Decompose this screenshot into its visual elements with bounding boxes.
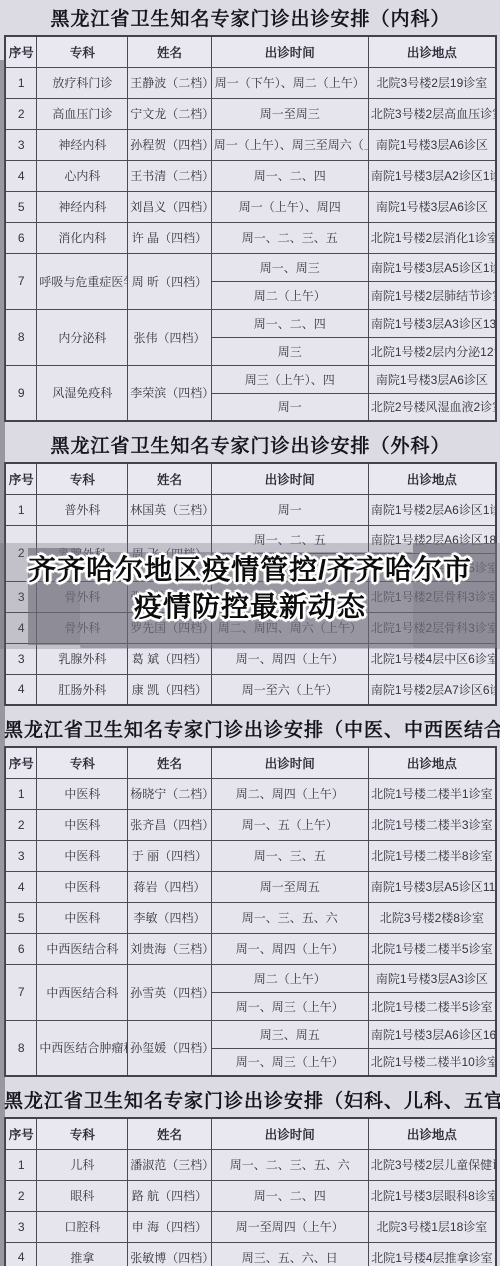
time-cell: 周二（上午） bbox=[211, 281, 368, 309]
overlay-headline-line2: 疫情防控最新动态 bbox=[0, 588, 500, 625]
place-cell: 南院1号楼3层A3诊区 bbox=[368, 964, 496, 992]
dept-cell: 普外科 bbox=[37, 494, 128, 525]
name-cell: 林国英（三档） bbox=[128, 494, 211, 525]
schedule-table-section: 黑龙江省卫生知名专家门诊出诊安排（中医、中西医结合）序号专科姓名出诊时间出诊地点… bbox=[4, 716, 497, 1077]
time-cell: 周三 bbox=[211, 337, 368, 365]
row-no: 4 bbox=[5, 871, 37, 902]
dept-cell: 内分泌科 bbox=[37, 309, 128, 365]
time-cell: 周一、二、四 bbox=[211, 160, 368, 191]
table-row: 1中医科杨晓宁（二档）周二、周四（上午）北院1号楼二楼半1诊室 bbox=[5, 778, 496, 809]
place-cell: 北院1号楼3层眼科8诊室 bbox=[368, 1180, 496, 1211]
table-title: 黑龙江省卫生知名专家门诊出诊安排（内科） bbox=[4, 5, 497, 35]
place-cell: 北院1号楼二楼半5诊室 bbox=[368, 933, 496, 964]
row-no: 7 bbox=[5, 253, 37, 309]
place-cell: 南院1号楼2层肺结节诊室 bbox=[368, 281, 496, 309]
table-row: 3神经内科孙程贺（四档）周一（上午）、周三至周六（上午）南院1号楼3层A6诊区 bbox=[5, 129, 496, 160]
place-cell: 北院3号楼1层18诊室 bbox=[368, 1211, 496, 1242]
place-cell: 南院1号楼3层A6诊区 bbox=[368, 365, 496, 393]
name-cell: 杨晓宁（二档） bbox=[128, 778, 211, 809]
place-cell: 南院1号楼2层A6诊区1诊室 bbox=[368, 494, 496, 525]
dept-cell: 儿科 bbox=[37, 1149, 128, 1180]
table-row: 2中医科张齐昌（四档）周一、五（上午）北院1号楼二楼半3诊室 bbox=[5, 809, 496, 840]
col-header: 出诊时间 bbox=[211, 747, 368, 778]
place-cell: 北院1号楼二楼半3诊室 bbox=[368, 809, 496, 840]
name-cell: 蒋岩（四档） bbox=[128, 871, 211, 902]
row-no: 8 bbox=[5, 309, 37, 365]
table-row: 8中西医结合肿瘤科孙玺媛（四档）周三、周五南院1号楼3层A6诊区16诊室 bbox=[5, 1020, 496, 1048]
left-edge-shadow bbox=[0, 60, 5, 1266]
table-row: 4推拿张敏博（四档）周三、五、六、日北院1号楼4层推拿诊室 bbox=[5, 1242, 496, 1266]
page: 黑龙江省卫生知名专家门诊出诊安排（内科）序号专科姓名出诊时间出诊地点1放疗科门诊… bbox=[0, 0, 500, 1266]
name-cell: 李敏（四档） bbox=[128, 902, 211, 933]
row-no: 6 bbox=[5, 222, 37, 253]
place-cell: 北院1号楼二楼半5诊室 bbox=[368, 992, 496, 1020]
name-cell: 李荣滨（四档） bbox=[128, 365, 211, 421]
col-header: 专科 bbox=[37, 1118, 128, 1149]
col-header: 专科 bbox=[37, 36, 128, 67]
row-no: 1 bbox=[5, 494, 37, 525]
row-no: 3 bbox=[5, 129, 37, 160]
overlay-headline-line1: 齐齐哈尔地区疫情管控/齐齐哈尔市 bbox=[0, 551, 500, 588]
header-row: 序号专科姓名出诊时间出诊地点 bbox=[5, 1118, 496, 1149]
place-cell: 南院1号楼3层A6诊区16诊室 bbox=[368, 1020, 496, 1048]
name-cell: 申 海（四档） bbox=[128, 1211, 211, 1242]
time-cell: 周一、周三（上午） bbox=[211, 992, 368, 1020]
place-cell: 南院1号楼2层A7诊区6诊室 bbox=[368, 674, 496, 705]
row-no: 5 bbox=[5, 191, 37, 222]
dept-cell: 中西医结合科 bbox=[37, 933, 128, 964]
dept-cell: 呼吸与危重症医学科 bbox=[37, 253, 128, 309]
table-row: 3口腔科申 海（四档）周一至周四（上午）北院3号楼1层18诊室 bbox=[5, 1211, 496, 1242]
time-cell: 周一（上午）、周三至周六（上午） bbox=[211, 129, 368, 160]
place-cell: 南院1号楼3层A3诊区13诊室 bbox=[368, 309, 496, 337]
time-cell: 周一、二、三、五、六 bbox=[211, 1149, 368, 1180]
table-row: 6中西医结合科刘贵海（三档）周一、周四（上午）北院1号楼二楼半5诊室 bbox=[5, 933, 496, 964]
dept-cell: 眼科 bbox=[37, 1180, 128, 1211]
row-no: 2 bbox=[5, 98, 37, 129]
name-cell: 许 晶（四档） bbox=[128, 222, 211, 253]
time-cell: 周三（上午）、四 bbox=[211, 365, 368, 393]
time-cell: 周一、二、三、五 bbox=[211, 222, 368, 253]
name-cell: 康 凯（四档） bbox=[128, 674, 211, 705]
time-cell: 周一 bbox=[211, 393, 368, 421]
dept-cell: 中医科 bbox=[37, 778, 128, 809]
dept-cell: 风湿免疫科 bbox=[37, 365, 128, 421]
row-no: 7 bbox=[5, 964, 37, 1020]
dept-cell: 神经内科 bbox=[37, 191, 128, 222]
time-cell: 周一至周五 bbox=[211, 871, 368, 902]
place-cell: 北院2号楼风湿血液2诊室 bbox=[368, 393, 496, 421]
name-cell: 孙程贺（四档） bbox=[128, 129, 211, 160]
col-header: 出诊地点 bbox=[368, 747, 496, 778]
dept-cell: 放疗科门诊 bbox=[37, 67, 128, 98]
dept-cell: 中西医结合肿瘤科 bbox=[37, 1020, 128, 1076]
name-cell: 刘昌义（四档） bbox=[128, 191, 211, 222]
dept-cell: 高血压门诊 bbox=[37, 98, 128, 129]
time-cell: 周一、二、四 bbox=[211, 309, 368, 337]
table-row: 4心内科王书清（二档）周一、二、四南院1号楼3层A2诊区1诊室 bbox=[5, 160, 496, 191]
table-row: 8内分泌科张伟（四档）周一、二、四南院1号楼3层A3诊区13诊室 bbox=[5, 309, 496, 337]
row-no: 4 bbox=[5, 160, 37, 191]
row-no: 1 bbox=[5, 778, 37, 809]
table-row: 3中医科于 丽（四档）周一、三、五北院1号楼二楼半8诊室 bbox=[5, 840, 496, 871]
name-cell: 孙玺媛（四档） bbox=[128, 1020, 211, 1076]
dept-cell: 肛肠外科 bbox=[37, 674, 128, 705]
col-header: 出诊地点 bbox=[368, 463, 496, 494]
header-row: 序号专科姓名出诊时间出诊地点 bbox=[5, 36, 496, 67]
time-cell: 周一（上午）、周四 bbox=[211, 191, 368, 222]
schedule-table: 序号专科姓名出诊时间出诊地点1儿科潘淑范（三档）周一、二、三、五、六北院3号楼2… bbox=[4, 1117, 497, 1266]
place-cell: 北院1号楼2层内分泌12诊室 bbox=[368, 337, 496, 365]
dept-cell: 中医科 bbox=[37, 840, 128, 871]
table-title: 黑龙江省卫生知名专家门诊出诊安排（外科） bbox=[4, 432, 497, 462]
name-cell: 王书清（二档） bbox=[128, 160, 211, 191]
col-header: 出诊时间 bbox=[211, 1118, 368, 1149]
overlay-headline: 齐齐哈尔地区疫情管控/齐齐哈尔市 疫情防控最新动态 bbox=[0, 551, 500, 625]
place-cell: 南院1号楼3层A5诊区1诊室 bbox=[368, 253, 496, 281]
row-no: 8 bbox=[5, 1020, 37, 1076]
row-no: 1 bbox=[5, 67, 37, 98]
col-header: 序号 bbox=[5, 36, 37, 67]
dept-cell: 推拿 bbox=[37, 1242, 128, 1266]
header-row: 序号专科姓名出诊时间出诊地点 bbox=[5, 747, 496, 778]
row-no: 2 bbox=[5, 809, 37, 840]
dept-cell: 心内科 bbox=[37, 160, 128, 191]
name-cell: 周 昕（四档） bbox=[128, 253, 211, 309]
name-cell: 张伟（四档） bbox=[128, 309, 211, 365]
table-row: 9风湿免疫科李荣滨（四档）周三（上午）、四南院1号楼3层A6诊区 bbox=[5, 365, 496, 393]
schedule-table-section: 黑龙江省卫生知名专家门诊出诊安排（妇科、儿科、五官）序号专科姓名出诊时间出诊地点… bbox=[4, 1087, 497, 1266]
time-cell: 周二（上午） bbox=[211, 964, 368, 992]
time-cell: 周一、周三（上午） bbox=[211, 1048, 368, 1076]
time-cell: 周一至周三 bbox=[211, 98, 368, 129]
name-cell: 孙雪英（四档） bbox=[128, 964, 211, 1020]
schedule-table: 序号专科姓名出诊时间出诊地点1中医科杨晓宁（二档）周二、周四（上午）北院1号楼二… bbox=[4, 746, 497, 1077]
col-header: 出诊时间 bbox=[211, 463, 368, 494]
dept-cell: 消化内科 bbox=[37, 222, 128, 253]
dept-cell: 口腔科 bbox=[37, 1211, 128, 1242]
table-row: 7中西医结合科孙雪英（四档）周二（上午）南院1号楼3层A3诊区 bbox=[5, 964, 496, 992]
place-cell: 北院1号楼二楼半10诊室 bbox=[368, 1048, 496, 1076]
col-header: 出诊时间 bbox=[211, 36, 368, 67]
row-no: 3 bbox=[5, 840, 37, 871]
col-header: 序号 bbox=[5, 747, 37, 778]
col-header: 姓名 bbox=[128, 463, 211, 494]
place-cell: 北院3号楼2楼8诊室 bbox=[368, 902, 496, 933]
table-row: 7呼吸与危重症医学科周 昕（四档）周一、周三南院1号楼3层A5诊区1诊室 bbox=[5, 253, 496, 281]
dept-cell: 神经内科 bbox=[37, 129, 128, 160]
place-cell: 南院1号楼3层A5诊区11诊室 bbox=[368, 871, 496, 902]
place-cell: 北院3号楼2层儿童保健诊室 bbox=[368, 1149, 496, 1180]
table-title: 黑龙江省卫生知名专家门诊出诊安排（妇科、儿科、五官） bbox=[4, 1087, 497, 1117]
col-header: 姓名 bbox=[128, 747, 211, 778]
time-cell: 周一、五（上午） bbox=[211, 809, 368, 840]
col-header: 专科 bbox=[37, 463, 128, 494]
name-cell: 于 丽（四档） bbox=[128, 840, 211, 871]
table-row: 1放疗科门诊王静波（二档）周一（下午）、周二（上午）北院3号楼2层19诊室 bbox=[5, 67, 496, 98]
time-cell: 周一（下午）、周二（上午） bbox=[211, 67, 368, 98]
time-cell: 周三、五、六、日 bbox=[211, 1242, 368, 1266]
schedule-table-section: 黑龙江省卫生知名专家门诊出诊安排（内科）序号专科姓名出诊时间出诊地点1放疗科门诊… bbox=[4, 5, 497, 422]
table-row: 6消化内科许 晶（四档）周一、二、三、五北院1号楼2层消化1诊室 bbox=[5, 222, 496, 253]
place-cell: 南院1号楼3层A2诊区1诊室 bbox=[368, 160, 496, 191]
row-no: 3 bbox=[5, 1211, 37, 1242]
name-cell: 张敏博（四档） bbox=[128, 1242, 211, 1266]
table-row: 4肛肠外科康 凯（四档）周一至六（上午）南院1号楼2层A7诊区6诊室 bbox=[5, 674, 496, 705]
time-cell: 周一至周四（上午） bbox=[211, 1211, 368, 1242]
place-cell: 北院1号楼2层消化1诊室 bbox=[368, 222, 496, 253]
table-row: 4中医科蒋岩（四档）周一至周五南院1号楼3层A5诊区11诊室 bbox=[5, 871, 496, 902]
time-cell: 周一至六（上午） bbox=[211, 674, 368, 705]
row-no: 6 bbox=[5, 933, 37, 964]
table-row: 2眼科路 航（四档）周一、二、四北院1号楼3层眼科8诊室 bbox=[5, 1180, 496, 1211]
place-cell: 南院1号楼3层A6诊区 bbox=[368, 129, 496, 160]
col-header: 姓名 bbox=[128, 1118, 211, 1149]
row-no: 9 bbox=[5, 365, 37, 421]
col-header: 序号 bbox=[5, 463, 37, 494]
col-header: 出诊地点 bbox=[368, 1118, 496, 1149]
place-cell: 南院1号楼3层A6诊区 bbox=[368, 191, 496, 222]
dept-cell: 中医科 bbox=[37, 871, 128, 902]
place-cell: 北院1号楼4层推拿诊室 bbox=[368, 1242, 496, 1266]
col-header: 姓名 bbox=[128, 36, 211, 67]
dept-cell: 中医科 bbox=[37, 809, 128, 840]
dept-cell: 中西医结合科 bbox=[37, 964, 128, 1020]
table-row: 1普外科林国英（三档）周一南院1号楼2层A6诊区1诊室 bbox=[5, 494, 496, 525]
table-row: 1儿科潘淑范（三档）周一、二、三、五、六北院3号楼2层儿童保健诊室 bbox=[5, 1149, 496, 1180]
row-no: 2 bbox=[5, 1180, 37, 1211]
table-row: 5神经内科刘昌义（四档）周一（上午）、周四南院1号楼3层A6诊区 bbox=[5, 191, 496, 222]
row-no: 4 bbox=[5, 674, 37, 705]
row-no: 1 bbox=[5, 1149, 37, 1180]
row-no: 5 bbox=[5, 902, 37, 933]
table-row: 2高血压门诊宁文龙（二档）周一至周三北院3号楼2层高血压诊室 bbox=[5, 98, 496, 129]
name-cell: 王静波（二档） bbox=[128, 67, 211, 98]
time-cell: 周一、三、五、六 bbox=[211, 902, 368, 933]
time-cell: 周一、周三 bbox=[211, 253, 368, 281]
time-cell: 周二、周四（上午） bbox=[211, 778, 368, 809]
name-cell: 路 航（四档） bbox=[128, 1180, 211, 1211]
schedule-table: 序号专科姓名出诊时间出诊地点1放疗科门诊王静波（二档）周一（下午）、周二（上午）… bbox=[4, 35, 497, 422]
name-cell: 潘淑范（三档） bbox=[128, 1149, 211, 1180]
place-cell: 北院3号楼2层高血压诊室 bbox=[368, 98, 496, 129]
row-no: 4 bbox=[5, 1242, 37, 1266]
place-cell: 北院1号楼二楼半8诊室 bbox=[368, 840, 496, 871]
dept-cell: 中医科 bbox=[37, 902, 128, 933]
place-cell: 北院3号楼2层19诊室 bbox=[368, 67, 496, 98]
time-cell: 周一、三、五 bbox=[211, 840, 368, 871]
col-header: 出诊地点 bbox=[368, 36, 496, 67]
place-cell: 北院1号楼二楼半1诊室 bbox=[368, 778, 496, 809]
time-cell: 周三、周五 bbox=[211, 1020, 368, 1048]
time-cell: 周一 bbox=[211, 494, 368, 525]
time-cell: 周一、二、四 bbox=[211, 1180, 368, 1211]
name-cell: 刘贵海（三档） bbox=[128, 933, 211, 964]
time-cell: 周一、周四（上午） bbox=[211, 933, 368, 964]
name-cell: 张齐昌（四档） bbox=[128, 809, 211, 840]
col-header: 专科 bbox=[37, 747, 128, 778]
table-title: 黑龙江省卫生知名专家门诊出诊安排（中医、中西医结合） bbox=[4, 716, 497, 746]
table-row: 5中医科李敏（四档）周一、三、五、六北院3号楼2楼8诊室 bbox=[5, 902, 496, 933]
col-header: 序号 bbox=[5, 1118, 37, 1149]
name-cell: 宁文龙（二档） bbox=[128, 98, 211, 129]
header-row: 序号专科姓名出诊时间出诊地点 bbox=[5, 463, 496, 494]
